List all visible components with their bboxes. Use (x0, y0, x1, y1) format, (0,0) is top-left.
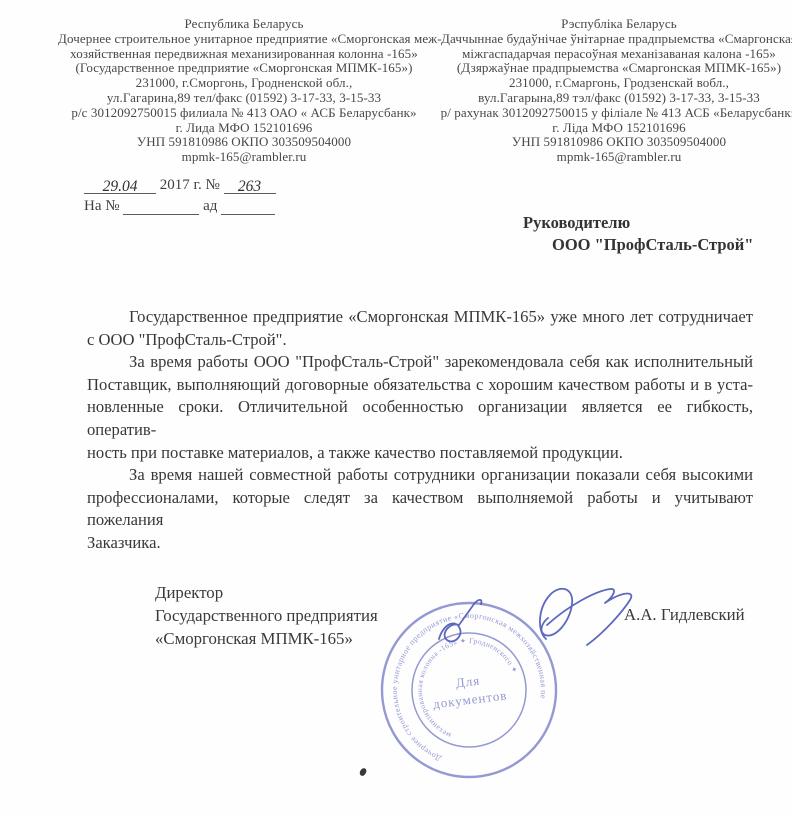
letterhead-by-line: г. Ліда МФО 152101696 (427, 121, 792, 136)
signature-tail-stroke (547, 589, 631, 645)
letter-page: Республика Беларусь Дочернее строительно… (0, 0, 792, 815)
signature-scribble-stroke (439, 600, 481, 642)
body-line: Государственное предприятие «Сморгонская… (87, 306, 753, 329)
handwritten-signature (395, 575, 650, 685)
letterhead-belarusian: Рэспубліка Беларусь Даччыннае будаўнічае… (427, 17, 792, 165)
signer-post-line: Государственного предприятия (155, 604, 378, 627)
letterhead-by-email: mpmk-165@rambler.ru (427, 150, 792, 165)
body-line: новленные сроки. Отличительной особеннос… (87, 396, 753, 441)
reply-number-label: На № (84, 198, 120, 214)
letterhead-russian: Республика Беларусь Дочернее строительно… (58, 17, 430, 165)
letterhead-by-line: міжгаспадарчая перасоўная механізаваная … (427, 47, 792, 62)
letterhead-ru-line: р/с 3012092750015 филиала № 413 ОАО « АС… (58, 106, 430, 121)
letterhead-ru-line: хозяйственная передвижная механизированн… (58, 47, 430, 62)
addressee-company: ООО "ПрофСталь-Строй" (552, 234, 753, 256)
signature-loop-stroke (540, 589, 572, 639)
reply-date-blank (221, 199, 275, 215)
ink-speck (359, 767, 367, 776)
outgoing-date-value: 29.04 (84, 178, 156, 194)
letterhead-ru-line: УНП 591810986 ОКПО 303509504000 (58, 135, 430, 150)
letterhead-ru-email: mpmk-165@rambler.ru (58, 150, 430, 165)
outgoing-date-label: 2017 г. № (160, 177, 220, 193)
addressee-title: Руководителю (523, 212, 753, 234)
letterhead-by-line: Рэспубліка Беларусь (427, 17, 792, 32)
letterhead-by-line: р/ рахунак 3012092750015 у філіале № 413… (427, 106, 792, 121)
body-line: За время работы ООО "ПрофСталь-Строй" за… (87, 351, 753, 374)
outgoing-date-row: 29.04 2017 г. № 263 (84, 177, 276, 198)
letterhead-by-line: УНП 591810986 ОКПО 303509504000 (427, 135, 792, 150)
body-line: с ООО "ПрофСталь-Строй". (87, 329, 753, 352)
body-line: Заказчика. (87, 532, 753, 555)
reply-number-blank (123, 199, 199, 215)
reply-reference-row: На № ад (84, 198, 276, 219)
outgoing-number-value: 263 (224, 178, 276, 194)
letterhead-ru-line: Дочернее строительное унитарное предприя… (58, 32, 430, 47)
letterhead-by-line: (Дзяржаўнае прадпрыемства «Смаргонская М… (427, 61, 792, 76)
letterhead-ru-line: (Государственное предприятие «Сморгонска… (58, 61, 430, 76)
letter-body: Государственное предприятие «Сморгонская… (87, 306, 753, 555)
body-line: ность при поставке материалов, а также к… (87, 442, 753, 465)
letterhead-ru-line: ул.Гагарина,89 тел/факс (01592) 3-17-33,… (58, 91, 430, 106)
body-line: профессионалами, которые следят за качес… (87, 487, 753, 532)
letterhead-ru-line: Республика Беларусь (58, 17, 430, 32)
letterhead-by-line: вул.Гагарына,89 тэл/факс (01592) 3-17-33… (427, 91, 792, 106)
letterhead-ru-line: 231000, г.Сморгонь, Гродненской обл., (58, 76, 430, 91)
letterhead-ru-line: г. Лида МФО 152101696 (58, 121, 430, 136)
body-line: Поставщик, выполняющий договорные обязат… (87, 374, 753, 397)
body-line: За время нашей совместной работы сотрудн… (87, 464, 753, 487)
reference-block: 29.04 2017 г. № 263 На № ад (84, 177, 276, 219)
reply-date-label: ад (203, 198, 217, 214)
signer-post-line: «Сморгонская МПМК-165» (155, 627, 378, 650)
addressee-block: Руководителю ООО "ПрофСталь-Строй" (523, 212, 753, 256)
signer-post-block: Директор Государственного предприятия «С… (155, 581, 378, 650)
signer-post-line: Директор (155, 581, 378, 604)
stamp-center-text-line2: документов (432, 687, 508, 711)
letterhead-by-line: Даччыннае будаўнічае ўнітарнае прадпрыем… (427, 32, 792, 47)
letterhead-by-line: 231000, г.Смаргонь, Гродзенскай вобл., (427, 76, 792, 91)
